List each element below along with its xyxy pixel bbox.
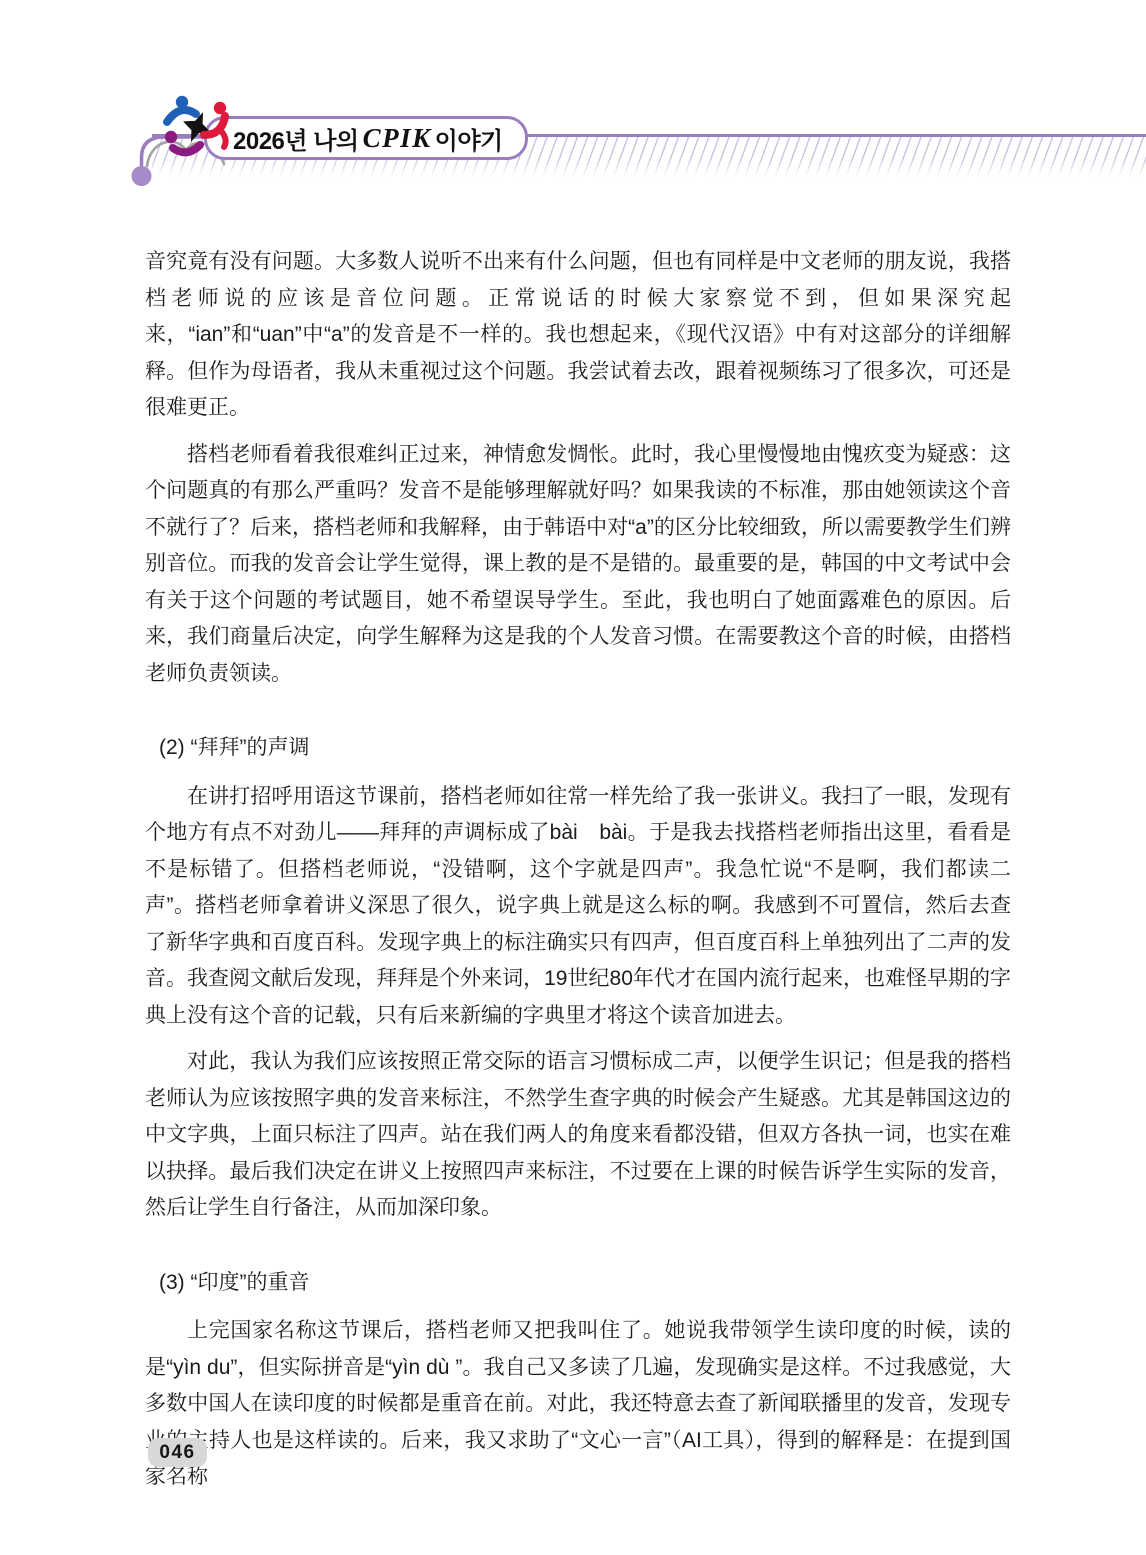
cpik-logo-icon xyxy=(152,90,236,172)
book-page: 2026년 나의 CPIK 이야기 音究竟有没有问题。大多数人说听不出来有什么问… xyxy=(0,0,1146,1555)
paragraph: 在讲打招呼用语这节课前，搭档老师如往常一样先给了我一张讲义。我扫了一眼，发现有个… xyxy=(145,779,1011,1035)
paragraph: 搭档老师看着我很难纠正过来，神情愈发惆怅。此时，我心里慢慢地由愧疚变为疑惑：这个… xyxy=(145,437,1011,693)
section-heading-2: (2) “拜拜”的声调 xyxy=(145,730,1011,767)
header-title-suffix: 이야기 xyxy=(435,121,503,156)
page-number-badge: 046 xyxy=(148,1438,207,1467)
figure-red xyxy=(204,102,226,147)
paragraph: 对此，我认为我们应该按照正常交际的语言习惯标成二声，以便学生识记；但是我的搭档老… xyxy=(145,1044,1011,1227)
figure-blue xyxy=(167,96,196,122)
paragraph: 上完国家名称这节课后，搭档老师又把我叫住了。她说我带领学生读印度的时候，读的是“… xyxy=(145,1313,1011,1496)
section-heading-3: (3) “印度”的重音 xyxy=(145,1265,1011,1302)
header-brand-cpik: CPIK xyxy=(359,123,435,154)
header-title-prefix: 2026년 나의 xyxy=(233,121,359,156)
page-body: 音究竟有没有问题。大多数人说听不出来有什么问题，但也有同样是中文老师的朋友说，我… xyxy=(145,244,1011,1506)
paragraph-continuation: 音究竟有没有问题。大多数人说听不出来有什么问题，但也有同样是中文老师的朋友说，我… xyxy=(145,244,1011,427)
header-title-pill: 2026년 나의 CPIK 이야기 xyxy=(204,116,528,160)
